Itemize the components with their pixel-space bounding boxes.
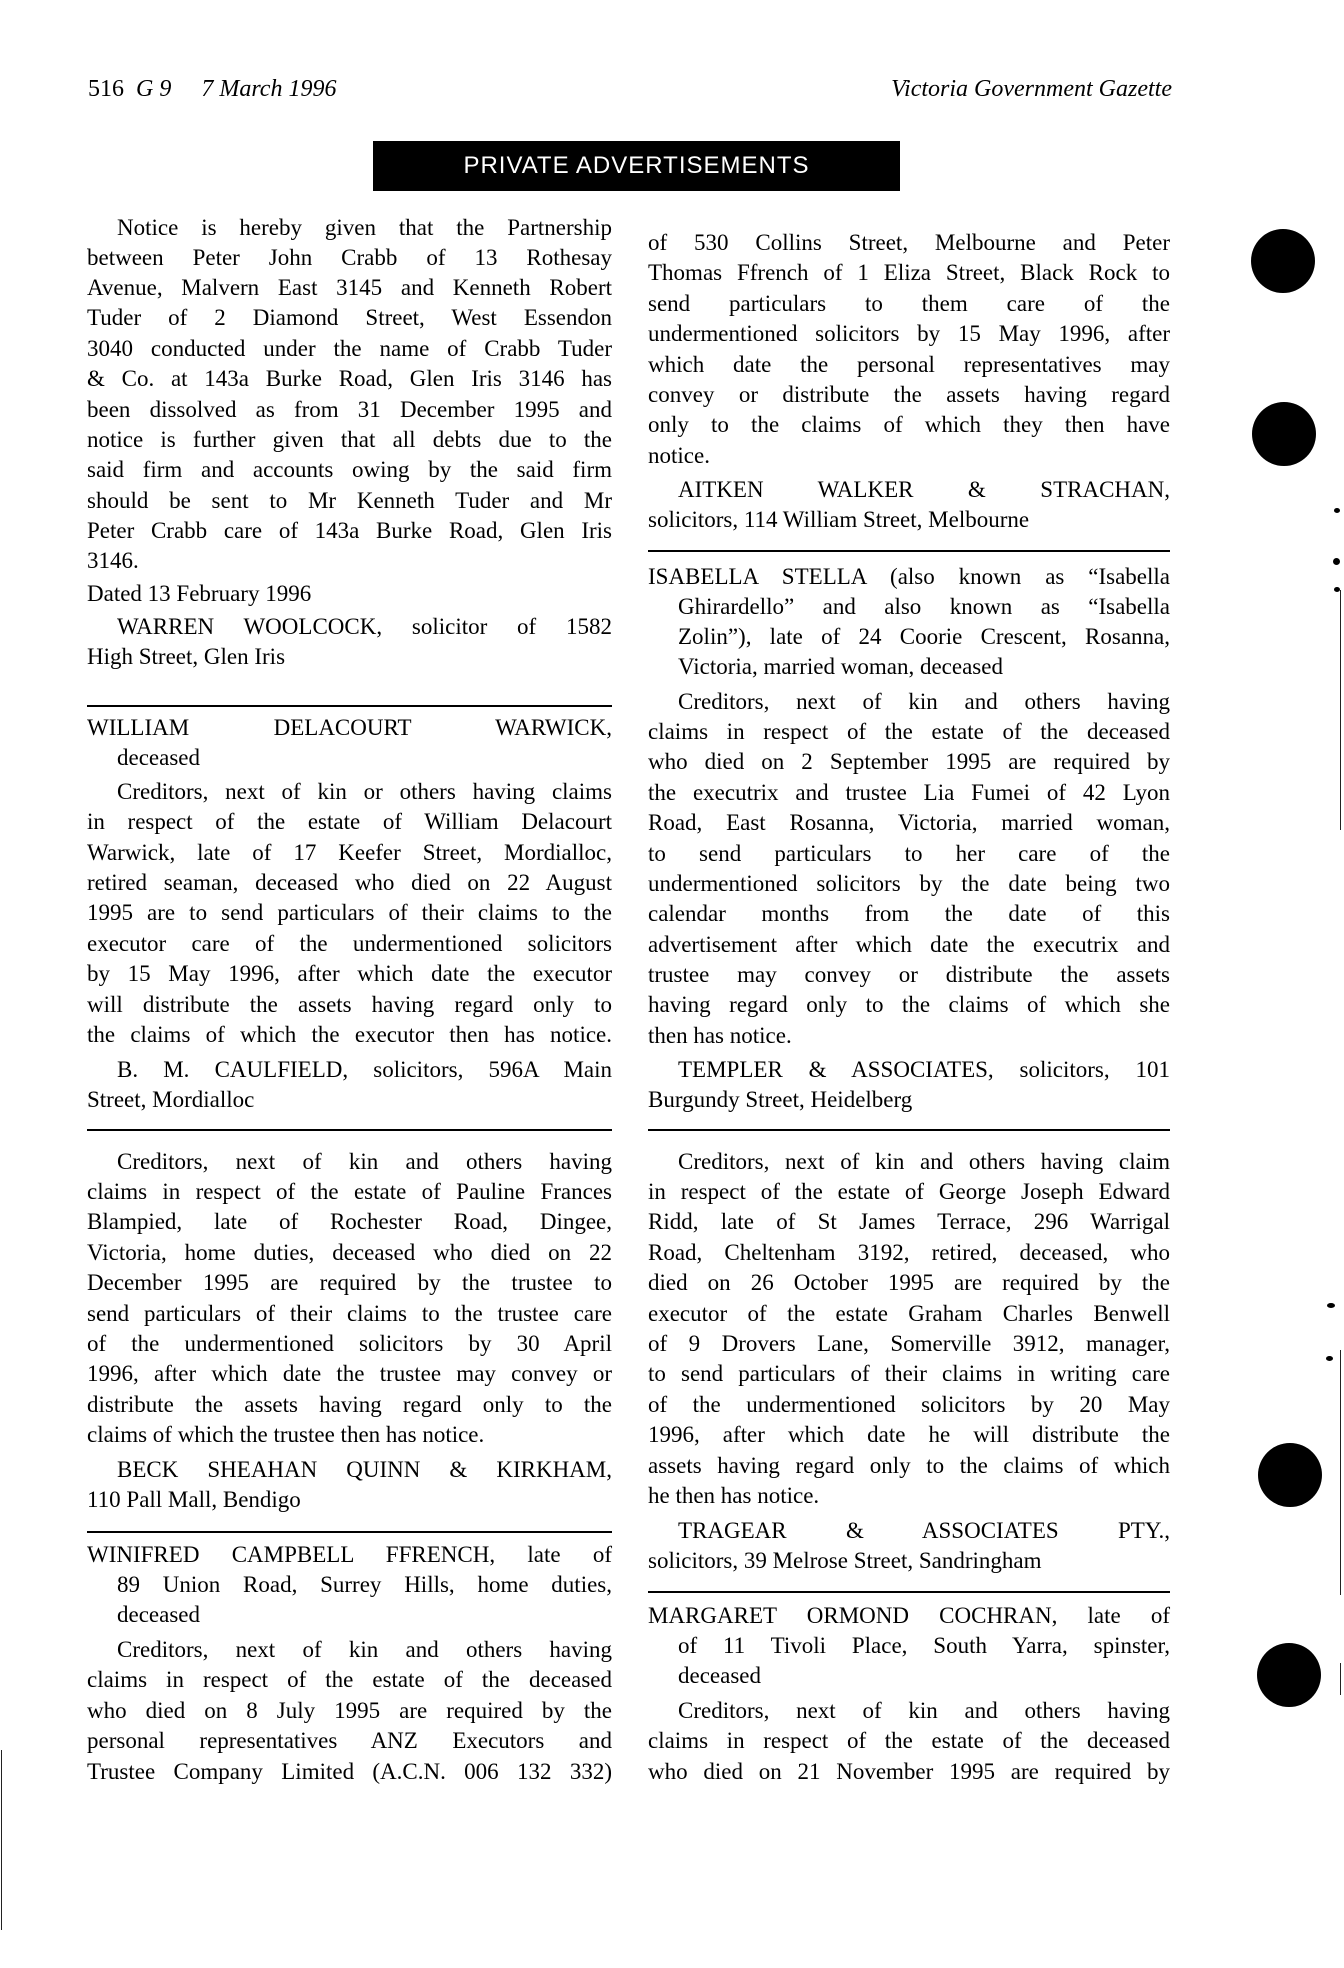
text-line: Road, East Rosanna, Victoria, married wo… bbox=[648, 808, 1170, 838]
scan-edge-line bbox=[1340, 1350, 1341, 1595]
signature-line: B. M. CAULFIELD, solicitors, 596A Main bbox=[117, 1055, 612, 1085]
text-line: 1996, after which date he will distribut… bbox=[648, 1420, 1170, 1450]
text-line: been dissolved as from 31 December 1995 … bbox=[87, 395, 612, 425]
dated-line: Dated 13 February 1996 bbox=[87, 579, 612, 609]
text-line: Tuder of 2 Diamond Street, West Essendon bbox=[87, 303, 612, 333]
signature-line: BECK SHEAHAN QUINN & KIRKHAM, bbox=[117, 1455, 612, 1485]
left-column: Notice is hereby given that the Partners… bbox=[87, 0, 612, 1968]
notice-heading: deceased bbox=[117, 1600, 612, 1630]
signature-line: Street, Mordialloc bbox=[87, 1085, 612, 1115]
notice-heading: deceased bbox=[678, 1661, 1170, 1691]
notice-heading: MARGARET ORMOND COCHRAN, late of bbox=[648, 1601, 1170, 1631]
scan-edge-line bbox=[1, 1750, 2, 1930]
text-line: distribute the assets having regard only… bbox=[87, 1390, 612, 1420]
text-line: of the undermentioned solicitors by 30 A… bbox=[87, 1329, 612, 1359]
divider-rule bbox=[87, 705, 612, 707]
text-line: Creditors, next of kin and others having bbox=[117, 1635, 612, 1665]
text-line: Avenue, Malvern East 3145 and Kenneth Ro… bbox=[87, 273, 612, 303]
text-line: who died on 2 September 1995 are require… bbox=[648, 747, 1170, 777]
text-line: then has notice. bbox=[648, 1021, 1170, 1051]
scan-speck bbox=[1327, 1303, 1335, 1308]
text-line: send particulars to them care of the bbox=[648, 289, 1170, 319]
notice-heading: deceased bbox=[117, 743, 612, 773]
text-line: which date the personal representatives … bbox=[648, 350, 1170, 380]
text-line: 3146. bbox=[87, 546, 612, 576]
text-line: will distribute the assets having regard… bbox=[87, 990, 612, 1020]
notice-heading: Victoria, married woman, deceased bbox=[678, 652, 1170, 682]
signature-line: solicitors, 39 Melrose Street, Sandringh… bbox=[648, 1546, 1170, 1576]
text-line: the executrix and trustee Lia Fumei of 4… bbox=[648, 778, 1170, 808]
text-line: Blampied, late of Rochester Road, Dingee… bbox=[87, 1207, 612, 1237]
text-line: executor care of the undermentioned soli… bbox=[87, 929, 612, 959]
text-line: 1996, after which date the trustee may c… bbox=[87, 1359, 612, 1389]
text-line: Creditors, next of kin and others having bbox=[117, 1147, 612, 1177]
scan-speck bbox=[1334, 508, 1340, 513]
text-line: retired seaman, deceased who died on 22 … bbox=[87, 868, 612, 898]
text-line: Ridd, late of St James Terrace, 296 Warr… bbox=[648, 1207, 1170, 1237]
scan-edge-line bbox=[1340, 590, 1341, 830]
text-line: 3040 conducted under the name of Crabb T… bbox=[87, 334, 612, 364]
text-line: the claims of which the executor then ha… bbox=[87, 1020, 612, 1050]
signature-line: TEMPLER & ASSOCIATES, solicitors, 101 bbox=[678, 1055, 1170, 1085]
scan-speck bbox=[1326, 1356, 1333, 1361]
text-line: Victoria, home duties, deceased who died… bbox=[87, 1238, 612, 1268]
text-line: Creditors, next of kin or others having … bbox=[117, 777, 612, 807]
divider-rule bbox=[648, 1129, 1170, 1131]
text-line: in respect of the estate of George Josep… bbox=[648, 1177, 1170, 1207]
text-line: assets having regard only to the claims … bbox=[648, 1451, 1170, 1481]
punch-hole-mark bbox=[1257, 1643, 1321, 1707]
punch-hole-mark bbox=[1252, 402, 1316, 466]
text-line: trustee may convey or distribute the ass… bbox=[648, 960, 1170, 990]
divider-rule bbox=[648, 550, 1170, 552]
text-line: Creditors, next of kin and others having bbox=[678, 1696, 1170, 1726]
text-line: died on 26 October 1995 are required by … bbox=[648, 1268, 1170, 1298]
text-line: Road, Cheltenham 3192, retired, deceased… bbox=[648, 1238, 1170, 1268]
text-line: only to the claims of which they then ha… bbox=[648, 410, 1170, 440]
notice-heading: ISABELLA STELLA (also known as “Isabella bbox=[648, 562, 1170, 592]
right-column: of 530 Collins Street, Melbourne and Pet… bbox=[648, 0, 1170, 1968]
text-line: between Peter John Crabb of 13 Rothesay bbox=[87, 243, 612, 273]
text-line: to send particulars of their claims in w… bbox=[648, 1359, 1170, 1389]
notice-heading: 89 Union Road, Surrey Hills, home duties… bbox=[117, 1570, 612, 1600]
gazette-page: 516 G 9 7 March 1996 Victoria Government… bbox=[0, 0, 1344, 1968]
notice-heading: WINIFRED CAMPBELL FFRENCH, late of bbox=[87, 1540, 612, 1570]
text-line: claims in respect of the estate of the d… bbox=[87, 1665, 612, 1695]
text-line: claims in respect of the estate of the d… bbox=[648, 1726, 1170, 1756]
text-line: claims in respect of the estate of the d… bbox=[648, 717, 1170, 747]
text-line: he then has notice. bbox=[648, 1481, 1170, 1511]
signature-line: WARREN WOOLCOCK, solicitor of 1582 bbox=[117, 612, 612, 642]
text-line: Notice is hereby given that the Partners… bbox=[117, 213, 612, 243]
text-line: of 530 Collins Street, Melbourne and Pet… bbox=[648, 228, 1170, 258]
text-line: of 9 Drovers Lane, Somerville 3912, mana… bbox=[648, 1329, 1170, 1359]
notice-heading: of 11 Tivoli Place, South Yarra, spinste… bbox=[678, 1631, 1170, 1661]
text-line: said firm and accounts owing by the said… bbox=[87, 455, 612, 485]
divider-rule bbox=[648, 1591, 1170, 1593]
text-line: claims in respect of the estate of Pauli… bbox=[87, 1177, 612, 1207]
text-line: Peter Crabb care of 143a Burke Road, Gle… bbox=[87, 516, 612, 546]
text-line: undermentioned solicitors by the date be… bbox=[648, 869, 1170, 899]
text-line: Creditors, next of kin and others having bbox=[678, 687, 1170, 717]
text-line: Thomas Ffrench of 1 Eliza Street, Black … bbox=[648, 258, 1170, 288]
text-line: to send particulars to her care of the bbox=[648, 839, 1170, 869]
signature-line: AITKEN WALKER & STRACHAN, bbox=[678, 475, 1170, 505]
text-line: Warwick, late of 17 Keefer Street, Mordi… bbox=[87, 838, 612, 868]
signature-line: TRAGEAR & ASSOCIATES PTY., bbox=[678, 1516, 1170, 1546]
text-line: undermentioned solicitors by 15 May 1996… bbox=[648, 319, 1170, 349]
text-line: who died on 8 July 1995 are required by … bbox=[87, 1696, 612, 1726]
signature-line: High Street, Glen Iris bbox=[87, 642, 612, 672]
text-line: notice is further given that all debts d… bbox=[87, 425, 612, 455]
scan-speck bbox=[1333, 558, 1340, 565]
text-line: convey or distribute the assets having r… bbox=[648, 380, 1170, 410]
signature-line: solicitors, 114 William Street, Melbourn… bbox=[648, 505, 1170, 535]
text-line: in respect of the estate of William Dela… bbox=[87, 807, 612, 837]
text-line: having regard only to the claims of whic… bbox=[648, 990, 1170, 1020]
text-line: who died on 21 November 1995 are require… bbox=[648, 1757, 1170, 1787]
text-line: personal representatives ANZ Executors a… bbox=[87, 1726, 612, 1756]
text-line: & Co. at 143a Burke Road, Glen Iris 3146… bbox=[87, 364, 612, 394]
text-line: of the undermentioned solicitors by 20 M… bbox=[648, 1390, 1170, 1420]
punch-hole-mark bbox=[1258, 1443, 1322, 1507]
punch-hole-mark bbox=[1251, 229, 1315, 293]
scan-speck bbox=[1334, 587, 1340, 592]
text-line: executor of the estate Graham Charles Be… bbox=[648, 1299, 1170, 1329]
signature-line: 110 Pall Mall, Bendigo bbox=[87, 1485, 612, 1515]
text-line: advertisement after which date the execu… bbox=[648, 930, 1170, 960]
text-line: should be sent to Mr Kenneth Tuder and M… bbox=[87, 486, 612, 516]
notice-heading: Zolin”), late of 24 Coorie Crescent, Ros… bbox=[678, 622, 1170, 652]
notice-heading: Ghirardello” and also known as “Isabella bbox=[678, 592, 1170, 622]
text-line: Trustee Company Limited (A.C.N. 006 132 … bbox=[87, 1757, 612, 1787]
scan-edge-line bbox=[1340, 1663, 1341, 1695]
text-line: send particulars of their claims to the … bbox=[87, 1299, 612, 1329]
text-line: calendar months from the date of this bbox=[648, 899, 1170, 929]
text-line: notice. bbox=[648, 441, 1170, 471]
text-line: December 1995 are required by the truste… bbox=[87, 1268, 612, 1298]
notice-heading: WILLIAM DELACOURT WARWICK, bbox=[87, 713, 612, 743]
text-line: Creditors, next of kin and others having… bbox=[678, 1147, 1170, 1177]
text-line: claims of which the trustee then has not… bbox=[87, 1420, 612, 1450]
text-line: 1995 are to send particulars of their cl… bbox=[87, 898, 612, 928]
divider-rule bbox=[87, 1129, 612, 1131]
text-line: by 15 May 1996, after which date the exe… bbox=[87, 959, 612, 989]
divider-rule bbox=[87, 1531, 612, 1533]
signature-line: Burgundy Street, Heidelberg bbox=[648, 1085, 1170, 1115]
